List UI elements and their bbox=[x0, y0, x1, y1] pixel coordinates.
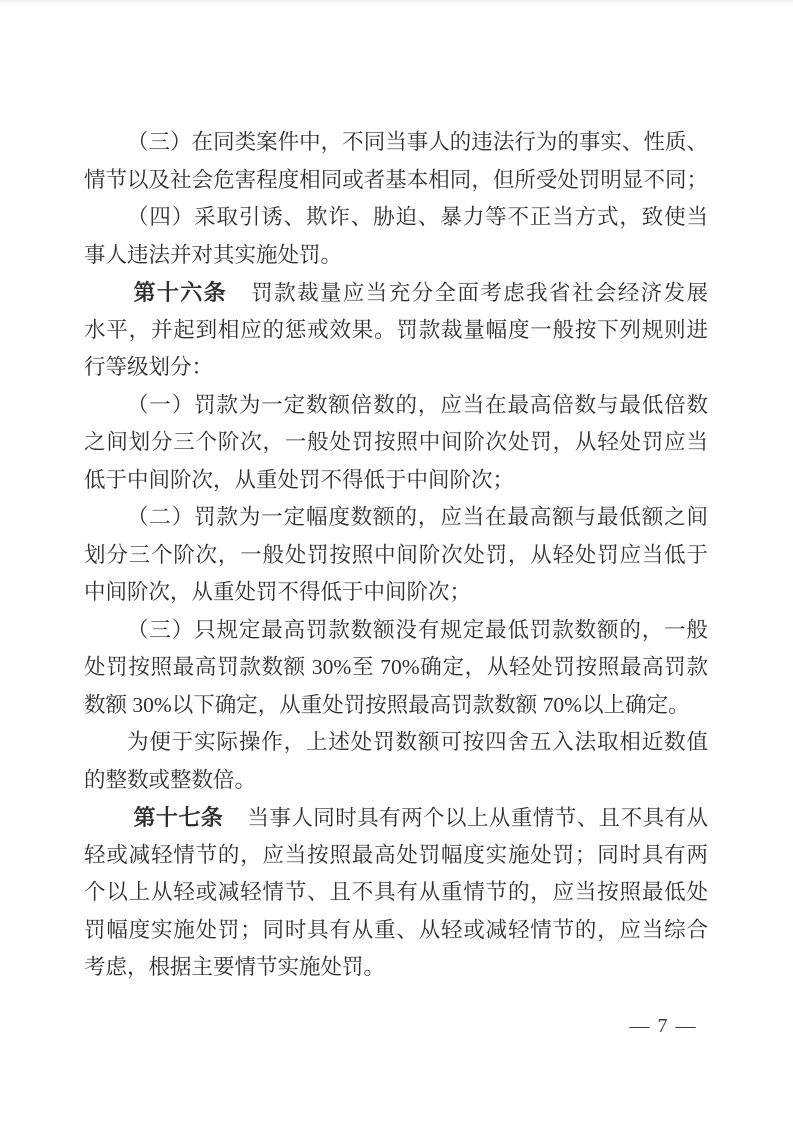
article-number-17: 第十七条 bbox=[133, 805, 223, 830]
document-body: （三）在同类案件中，不同当事人的违法行为的事实、性质、 情节以及社会危害程度相同… bbox=[84, 124, 708, 987]
text-line: 情节以及社会危害程度相同或者基本相同，但所受处罚明显不同； bbox=[84, 162, 708, 200]
text-line: 事人违法并对其实施处罚。 bbox=[84, 237, 708, 275]
text-line: （三）只规定最高罚款数额没有规定最低罚款数额的，一般 bbox=[84, 612, 708, 650]
text-line: 数额 30%以下确定，从重处罚按照最高罚款数额 70%以上确定。 bbox=[84, 687, 708, 725]
article-number-16: 第十六条 bbox=[133, 280, 227, 305]
text-line: 水平，并起到相应的惩戒效果。罚款裁量幅度一般按下列规则进 bbox=[84, 312, 708, 350]
text-line: （二）罚款为一定幅度数额的，应当在最高额与最低额之间 bbox=[84, 499, 708, 537]
article-text: 当事人同时具有两个以上从重情节、且不具有从 bbox=[247, 806, 708, 830]
text-line: 个以上从轻或减轻情节、且不具有从重情节的，应当按照最低处 bbox=[84, 874, 708, 912]
text-line: 行等级划分： bbox=[84, 349, 708, 387]
page-number: — 7 — bbox=[630, 1015, 698, 1038]
text-line: （四）采取引诱、欺诈、胁迫、暴力等不正当方式，致使当 bbox=[84, 199, 708, 237]
text-line: （一）罚款为一定数额倍数的，应当在最高倍数与最低倍数 bbox=[84, 387, 708, 425]
article-line: 第十七条当事人同时具有两个以上从重情节、且不具有从 bbox=[84, 799, 708, 837]
text-line: 划分三个阶次，一般处罚按照中间阶次处罚，从轻处罚应当低于 bbox=[84, 537, 708, 575]
text-line: 罚幅度实施处罚；同时具有从重、从轻或减轻情节的，应当综合 bbox=[84, 912, 708, 950]
text-line: 的整数或整数倍。 bbox=[84, 762, 708, 800]
scan-edge bbox=[0, 0, 793, 2]
text-line: 低于中间阶次，从重处罚不得低于中间阶次； bbox=[84, 462, 708, 500]
text-line: 为便于实际操作，上述处罚数额可按四舍五入法取相近数值 bbox=[84, 724, 708, 762]
article-text: 罚款裁量应当充分全面考虑我省社会经济发展 bbox=[251, 281, 708, 305]
text-line: 处罚按照最高罚款数额 30%至 70%确定，从轻处罚按照最高罚款 bbox=[84, 649, 708, 687]
article-line: 第十六条罚款裁量应当充分全面考虑我省社会经济发展 bbox=[84, 274, 708, 312]
text-line: （三）在同类案件中，不同当事人的违法行为的事实、性质、 bbox=[84, 124, 708, 162]
document-page: （三）在同类案件中，不同当事人的违法行为的事实、性质、 情节以及社会危害程度相同… bbox=[0, 0, 793, 1122]
text-line: 考虑，根据主要情节实施处罚。 bbox=[84, 949, 708, 987]
text-line: 中间阶次，从重处罚不得低于中间阶次； bbox=[84, 574, 708, 612]
text-line: 轻或减轻情节的，应当按照最高处罚幅度实施处罚；同时具有两 bbox=[84, 837, 708, 875]
text-line: 之间划分三个阶次，一般处罚按照中间阶次处罚，从轻处罚应当 bbox=[84, 424, 708, 462]
